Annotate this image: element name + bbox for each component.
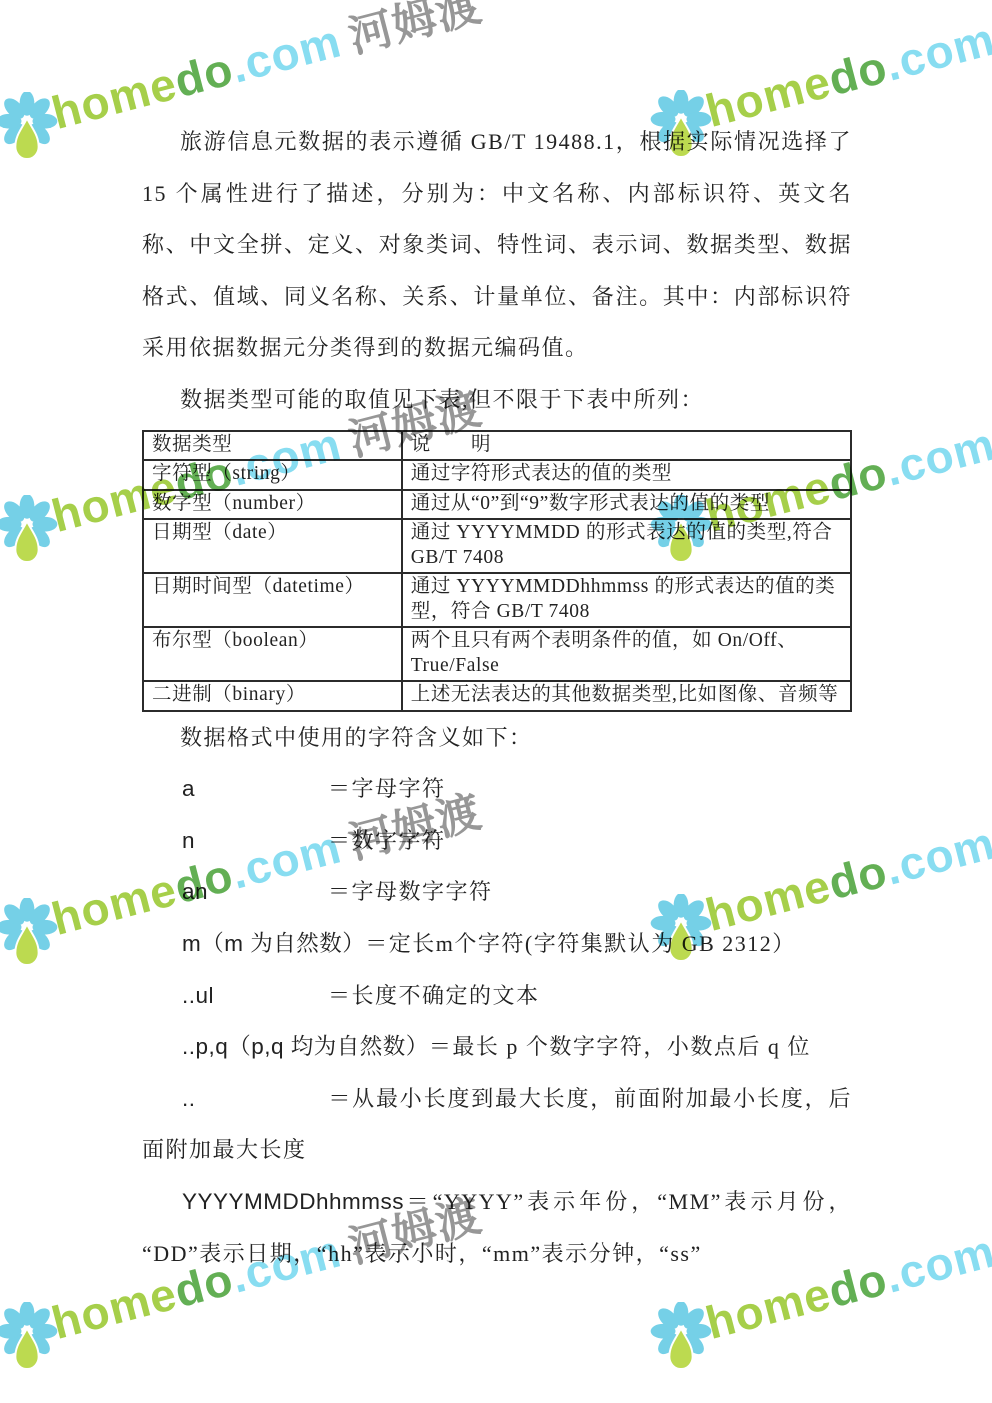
description-cell: 通过字符形式表达的值的类型 xyxy=(402,460,851,490)
format-legend-item: a＝字母字符 xyxy=(142,763,852,815)
format-symbol: an xyxy=(182,866,328,918)
homedo-flower-icon xyxy=(0,495,58,567)
homedo-flower-icon xyxy=(0,1302,58,1374)
format-meaning: ＝字母数字字符 xyxy=(328,879,493,904)
format-legend-item: n＝数字字符 xyxy=(142,815,852,867)
description-cell: 通过从“0”到“9”数字形式表达的值的类型 xyxy=(402,490,851,520)
format-legend-item: ..ul＝长度不确定的文本 xyxy=(142,970,852,1022)
format-legend-item: an＝字母数字字符 xyxy=(142,866,852,918)
table-row: 数字型（number） 通过从“0”到“9”数字形式表达的值的类型 xyxy=(143,490,851,520)
format-symbol: ..p,q（p,q 均为自然数） xyxy=(182,1021,429,1073)
data-type-cell: 布尔型（boolean） xyxy=(143,627,402,681)
document-body: 旅游信息元数据的表示遵循 GB/T 19488.1，根据实际情况选择了 15 个… xyxy=(142,116,852,1279)
column-header-data-type: 数据类型 xyxy=(143,431,402,461)
table-row: 日期型（date） 通过 YYYYMMDD 的形式表达的值的类型,符合 GB/T… xyxy=(143,519,851,573)
format-meaning: ＝定长m个字符(字符集默认为 GB 2312） xyxy=(365,931,796,956)
format-legend-item: ..p,q（p,q 均为自然数）＝最长 p 个数字字符，小数点后 q 位 xyxy=(142,1021,852,1073)
homedo-watermark: homedo.com河姆渡 xyxy=(0,1286,496,1382)
format-legend: a＝字母字符 n＝数字字符 an＝字母数字字符 m（m 为自然数）＝定长m个字符… xyxy=(142,763,852,1279)
data-type-cell: 日期时间型（datetime） xyxy=(143,573,402,627)
paragraph-format-intro: 数据格式中使用的字符含义如下： xyxy=(142,712,852,764)
description-cell: 通过 YYYYMMDDhhmmss 的形式表达的值的类型，符合 GB/T 740… xyxy=(402,573,851,627)
format-legend-item: YYYYMMDDhhmmss＝“YYYY”表示年份，“MM”表示月份，“DD”表… xyxy=(142,1176,852,1279)
paragraph-table-intro: 数据类型可能的取值见下表,但不限于下表中所列： xyxy=(142,374,852,426)
homedo-watermark-text: homedo.com河姆渡 xyxy=(701,0,992,135)
format-symbol: .. xyxy=(182,1073,328,1125)
paragraph-metadata-intro: 旅游信息元数据的表示遵循 GB/T 19488.1，根据实际情况选择了 15 个… xyxy=(142,116,852,374)
description-cell: 通过 YYYYMMDD 的形式表达的值的类型,符合 GB/T 7408 xyxy=(402,519,851,573)
format-meaning: ＝长度不确定的文本 xyxy=(328,983,540,1008)
format-legend-item: ..＝从最小长度到最大长度，前面附加最小长度，后面附加最大长度 xyxy=(142,1073,852,1176)
data-type-cell: 二进制（binary） xyxy=(143,681,402,711)
format-meaning: ＝数字字符 xyxy=(328,828,446,853)
format-meaning: ＝最长 p 个数字字符，小数点后 q 位 xyxy=(429,1034,811,1059)
homedo-flower-icon xyxy=(0,92,58,164)
table-row: 二进制（binary） 上述无法表达的其他数据类型,比如图像、音频等 xyxy=(143,681,851,711)
format-symbol: n xyxy=(182,815,328,867)
format-symbol: YYYYMMDDhhmmss xyxy=(182,1176,404,1228)
column-header-description: 说 明 xyxy=(402,431,851,461)
format-symbol: a xyxy=(182,763,328,815)
data-type-cell: 数字型（number） xyxy=(143,490,402,520)
data-type-cell: 字符型（string） xyxy=(143,460,402,490)
data-type-table: 数据类型 说 明 字符型（string） 通过字符形式表达的值的类型 数字型（n… xyxy=(142,430,852,712)
table-header-row: 数据类型 说 明 xyxy=(143,431,851,461)
table-row: 日期时间型（datetime） 通过 YYYYMMDDhhmmss 的形式表达的… xyxy=(143,573,851,627)
format-symbol: m（m 为自然数） xyxy=(182,918,365,970)
table-row: 字符型（string） 通过字符形式表达的值的类型 xyxy=(143,460,851,490)
description-cell: 两个且只有两个表明条件的值，如 On/Off、True/False xyxy=(402,627,851,681)
document-page: homedo.com河姆渡 homedo.com河姆渡 homedo.com河姆… xyxy=(0,0,992,1403)
homedo-flower-icon xyxy=(650,1302,712,1374)
format-symbol: ..ul xyxy=(182,970,328,1022)
format-meaning: ＝字母字符 xyxy=(328,776,446,801)
data-type-cell: 日期型（date） xyxy=(143,519,402,573)
homedo-watermark: homedo.com河姆渡 xyxy=(650,1286,992,1382)
format-legend-item: m（m 为自然数）＝定长m个字符(字符集默认为 GB 2312） xyxy=(142,918,852,970)
table-row: 布尔型（boolean） 两个且只有两个表明条件的值，如 On/Off、True… xyxy=(143,627,851,681)
homedo-flower-icon xyxy=(0,898,58,970)
description-cell: 上述无法表达的其他数据类型,比如图像、音频等 xyxy=(402,681,851,711)
table-body: 字符型（string） 通过字符形式表达的值的类型 数字型（number） 通过… xyxy=(143,460,851,711)
